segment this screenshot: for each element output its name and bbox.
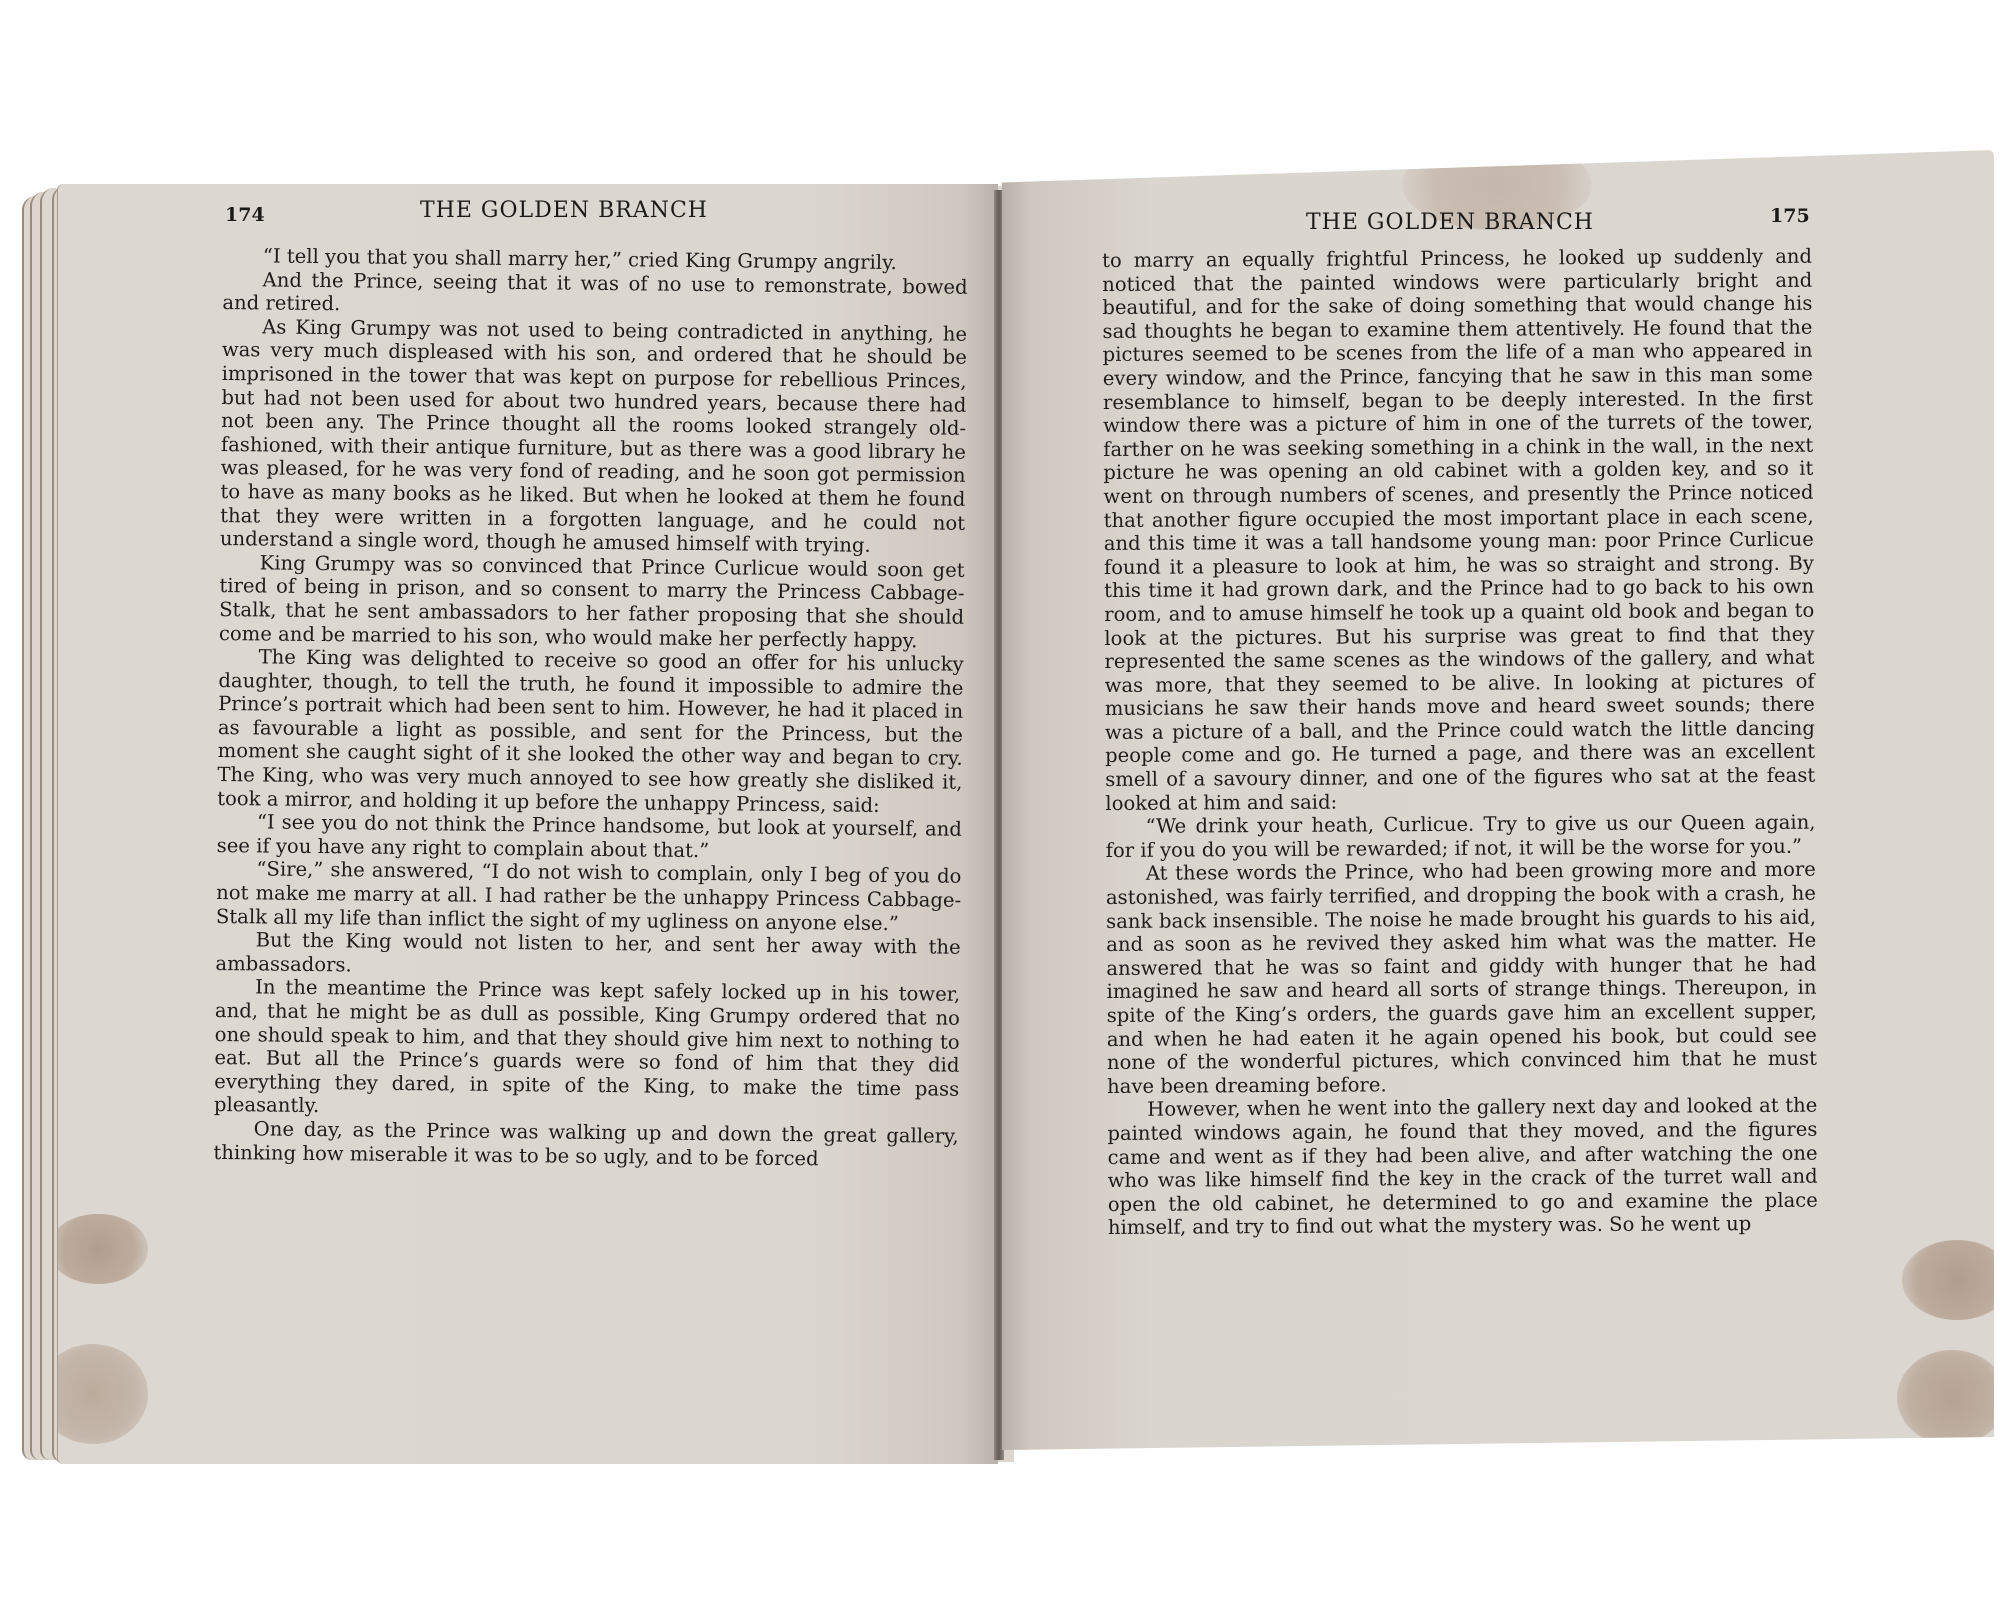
paragraph: However, when he went into the gallery n…	[1107, 1094, 1818, 1240]
paragraph: King Grumpy was so convinced that Prince…	[219, 551, 965, 653]
page-number: 175	[1770, 205, 1810, 227]
water-stain	[1897, 1350, 1994, 1445]
paragraph: As King Grumpy was not used to being con…	[220, 315, 967, 559]
paragraph: In the meantime the Prince was kept safe…	[214, 975, 960, 1124]
water-stain	[1902, 1240, 1994, 1320]
water-stain	[58, 1214, 148, 1284]
water-stain	[58, 1344, 148, 1444]
paragraph: But the King would not listen to her, an…	[215, 928, 960, 983]
page-body: to marry an equally frightful Princess, …	[1102, 245, 1818, 1240]
running-head: THE GOLDEN BRANCH	[420, 198, 708, 223]
open-book: 174 THE GOLDEN BRANCH “I tell you that y…	[0, 0, 2000, 1600]
paragraph: “We drink your heath, Curlicue. Try to g…	[1105, 811, 1815, 863]
page-number: 174	[225, 204, 265, 226]
paragraph: to marry an equally frightful Princess, …	[1102, 245, 1815, 816]
paragraph: The King was delighted to receive so goo…	[217, 645, 964, 818]
paragraph: One day, as the Prince was walking up an…	[213, 1117, 958, 1172]
paragraph: At these words the Prince, who had been …	[1106, 858, 1817, 1098]
page-body: “I tell you that you shall marry her,” c…	[213, 244, 968, 1172]
right-page: THE GOLDEN BRANCH 175 to marry an equall…	[1002, 150, 1994, 1450]
paragraph: “I see you do not think the Prince hands…	[217, 810, 962, 865]
paragraph: And the Prince, seeing that it was of no…	[222, 268, 967, 323]
paragraph: “Sire,” she answered, “I do not wish to …	[216, 857, 962, 936]
left-page: 174 THE GOLDEN BRANCH “I tell you that y…	[58, 184, 998, 1464]
running-head: THE GOLDEN BRANCH	[1306, 210, 1594, 235]
